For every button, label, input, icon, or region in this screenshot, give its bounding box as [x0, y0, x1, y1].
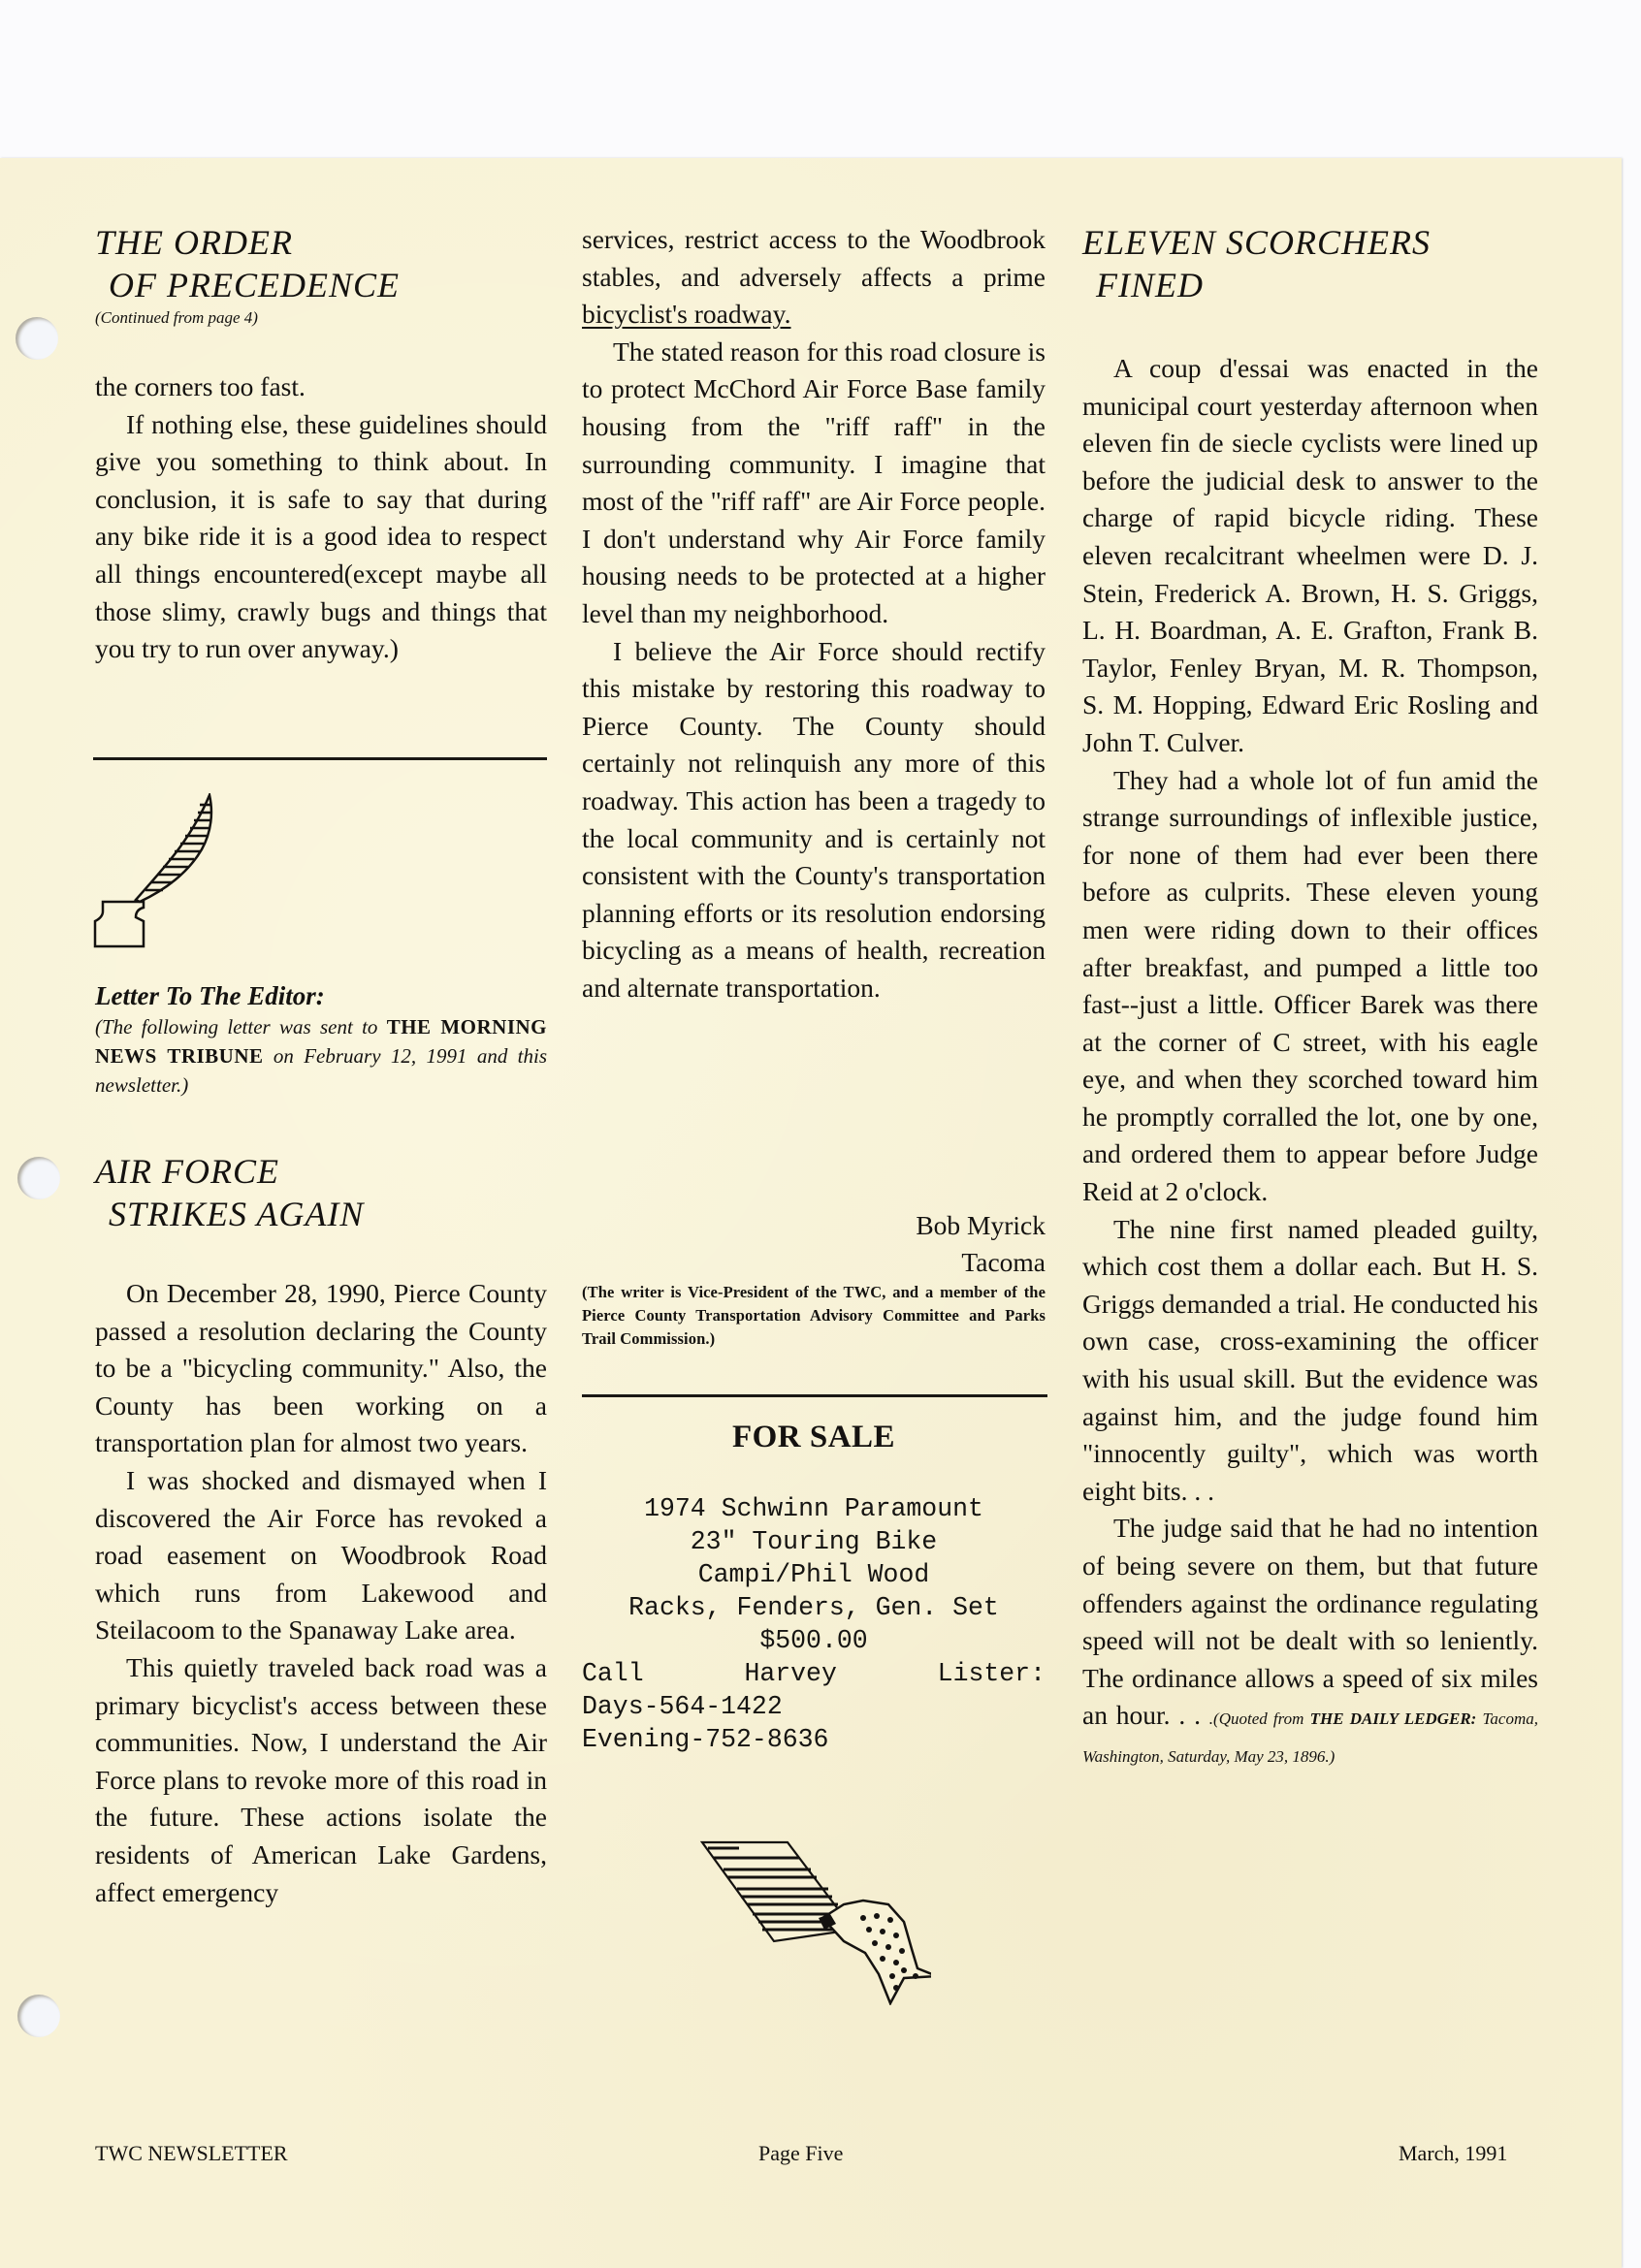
section-divider	[582, 1394, 1047, 1397]
paragraph: The stated reason for this road closure …	[582, 334, 1046, 633]
headline-order-of-precedence: THE ORDER OF PRECEDENCE	[95, 221, 547, 306]
letter-to-editor-intro: Letter To The Editor: (The following let…	[95, 979, 547, 1100]
paragraph: services, restrict access to the Woodbro…	[582, 221, 1046, 334]
ad-contact-word: Lister:	[938, 1657, 1046, 1690]
article-order-of-precedence-body: the corners too fast. If nothing else, t…	[95, 368, 547, 668]
section-divider	[93, 757, 547, 760]
paragraph: If nothing else, these guidelines should…	[95, 406, 547, 668]
ad-line: 23" Touring Bike	[582, 1525, 1046, 1558]
footer-newsletter-name: TWC NEWSLETTER	[95, 2141, 288, 2166]
ad-contact: Call Harvey Lister:	[582, 1657, 1046, 1690]
for-sale-ad: FOR SALE 1974 Schwinn Paramount 23" Tour…	[582, 1420, 1046, 1756]
footer-date: March, 1991	[1399, 2141, 1507, 2166]
headline-line: FINED	[1082, 264, 1538, 306]
subtitle-text: (The following letter was sent to	[95, 1015, 377, 1038]
paragraph: the corners too fast.	[95, 368, 547, 406]
punch-hole	[17, 1995, 60, 2037]
headline-line: STRIKES AGAIN	[95, 1193, 547, 1235]
headline-eleven-scorchers-fined: ELEVEN SCORCHERS FINED	[1082, 221, 1538, 306]
paragraph-text: services, restrict access to the Woodbro…	[582, 224, 1046, 292]
hand-holding-document-icon	[698, 1840, 931, 2005]
signature-name: Bob Myrick	[582, 1207, 1046, 1244]
headline-air-force-strikes-again: AIR FORCE STRIKES AGAIN	[95, 1150, 547, 1235]
quill-and-inkwell-icon	[93, 793, 239, 948]
letter-to-editor-subtitle: (The following letter was sent to THE MO…	[95, 1012, 547, 1100]
ad-contact-word: Call	[582, 1657, 644, 1690]
paragraph: On December 28, 1990, Pierce County pass…	[95, 1275, 547, 1462]
ad-line: Campi/Phil Wood	[582, 1558, 1046, 1591]
letter-signature: Bob Myrick Tacoma (The writer is Vice-Pr…	[582, 1207, 1046, 1351]
writer-note: (The writer is Vice-President of the TWC…	[582, 1281, 1046, 1351]
air-force-headline-block: AIR FORCE STRIKES AGAIN	[95, 1150, 547, 1235]
headline-line: AIR FORCE	[95, 1152, 279, 1191]
paragraph: I believe the Air Force should rectify t…	[582, 633, 1046, 1007]
headline-line: OF PRECEDENCE	[95, 264, 547, 306]
punch-hole	[16, 317, 58, 360]
for-sale-details: 1974 Schwinn Paramount 23" Touring Bike …	[582, 1492, 1046, 1756]
punch-hole	[17, 1157, 60, 1199]
newspaper-name: THE DAILY LEDGER:	[1310, 1709, 1477, 1728]
eleven-scorchers-headline-block: ELEVEN SCORCHERS FINED	[1082, 221, 1538, 306]
ad-price: $500.00	[582, 1624, 1046, 1657]
subtitle-text: on	[273, 1044, 294, 1068]
column-left: THE ORDER OF PRECEDENCE (Continued from …	[95, 221, 547, 328]
headline-line: ELEVEN SCORCHERS	[1082, 223, 1431, 262]
ad-contact-word: Harvey	[744, 1657, 836, 1690]
ad-line: 1974 Schwinn Paramount	[582, 1492, 1046, 1525]
continued-note: (Continued from page 4)	[95, 308, 547, 328]
paragraph-text: The judge said that he had no intention …	[1082, 1513, 1538, 1730]
paragraph: The judge said that he had no intention …	[1082, 1510, 1538, 1772]
for-sale-title: FOR SALE	[582, 1420, 1046, 1455]
paragraph: I was shocked and dismayed when I discov…	[95, 1462, 547, 1649]
footer-page-number: Page Five	[758, 2141, 843, 2166]
ad-phone-evening: Evening-752-8636	[582, 1723, 1046, 1756]
paragraph: They had a whole lot of fun amid the str…	[1082, 762, 1538, 1211]
paragraph: This quietly traveled back road was a pr…	[95, 1649, 547, 1911]
article-air-force-body: On December 28, 1990, Pierce County pass…	[95, 1275, 547, 1911]
letter-to-editor-title: Letter To The Editor:	[95, 979, 547, 1012]
headline-line: THE ORDER	[95, 223, 293, 262]
signature-city: Tacoma	[582, 1244, 1046, 1281]
underlined-phrase: bicyclist's roadway.	[582, 299, 790, 329]
ad-phone-days: Days-564-1422	[582, 1690, 1046, 1723]
quote-source-text: .(Quoted from	[1209, 1709, 1304, 1728]
ad-line: Racks, Fenders, Gen. Set	[582, 1591, 1046, 1624]
article-air-force-continued: services, restrict access to the Woodbro…	[582, 221, 1046, 1006]
article-eleven-scorchers-body: A coup d'essai was enacted in the munici…	[1082, 350, 1538, 1773]
paragraph: A coup d'essai was enacted in the munici…	[1082, 350, 1538, 762]
paragraph: The nine first named pleaded guilty, whi…	[1082, 1211, 1538, 1511]
